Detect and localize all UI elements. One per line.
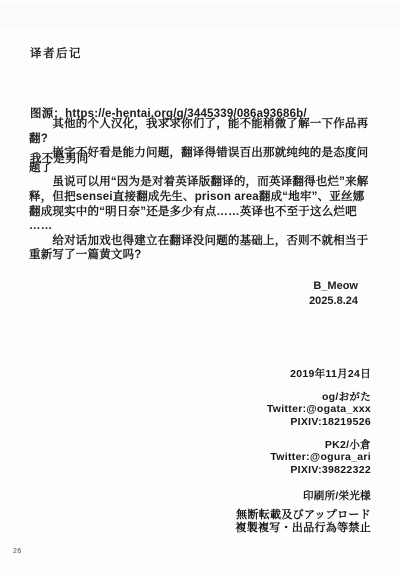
body-line: 释，但把sensei直接翻成先生、prison area翻成“地牢”、亚丝娜 [29,190,377,205]
page-title: 译者后记 [30,45,82,61]
artist-name: og/おがた [267,391,371,403]
page-number: 26 [13,548,22,555]
scan-shading [0,5,400,29]
translator-signature: B_Meow 2025.8.24 [309,279,358,309]
body-line: 翻成现实中的“明日奈”还是多少有点……英译也不至于这么烂吧 [29,205,377,220]
translator-note-body: 其他的个人汉化，我求求你们了，能不能稍微了解一下作品再 翻? 嵌字不好看是能力问… [29,117,377,263]
body-line: 题了 [29,161,377,176]
body-line: 嵌字不好看是能力问题，翻译得错误百出那就纯纯的是态度问 [29,146,377,161]
artist-twitter: Twitter:@ogata_xxx [267,403,371,415]
artist-credit: og/おがた Twitter:@ogata_xxx PIXIV:18219526 [267,391,371,428]
signature-name: B_Meow [309,279,358,294]
artist-name: PK2/小倉 [270,439,371,451]
signature-date: 2025.8.24 [309,294,358,309]
scanned-afterword-page: 译者后记 图源：https://e-hentai.org/g/3445339/0… [0,0,400,575]
body-line: 虽说可以用“因为是对着英译版翻译的，而英译翻得也烂”来解 [29,175,377,190]
artist-twitter: Twitter:@ogura_ari [270,451,371,463]
artist-credit: PK2/小倉 Twitter:@ogura_ari PIXIV:39822322 [270,439,371,476]
body-line: …… [29,219,377,234]
body-line: 重新写了一篇黄文吗? [29,248,377,263]
artist-pixiv: PIXIV:39822322 [270,464,371,476]
notice-line: 無断転載及びアップロード [235,509,371,522]
printer-credit: 印刷所/栄光様 [303,488,371,503]
copyright-notice: 無断転載及びアップロード 複製複写・出品行為等禁止 [235,509,371,534]
body-line: 翻? [29,132,377,147]
publication-date: 2019年11月24日 [290,366,371,381]
body-line: 其他的个人汉化，我求求你们了，能不能稍微了解一下作品再 [29,117,377,132]
notice-line: 複製複写・出品行為等禁止 [235,522,371,535]
artist-pixiv: PIXIV:18219526 [267,416,371,428]
body-line: 给对话加戏也得建立在翻译没问题的基础上，否则不就相当于 [29,234,377,249]
